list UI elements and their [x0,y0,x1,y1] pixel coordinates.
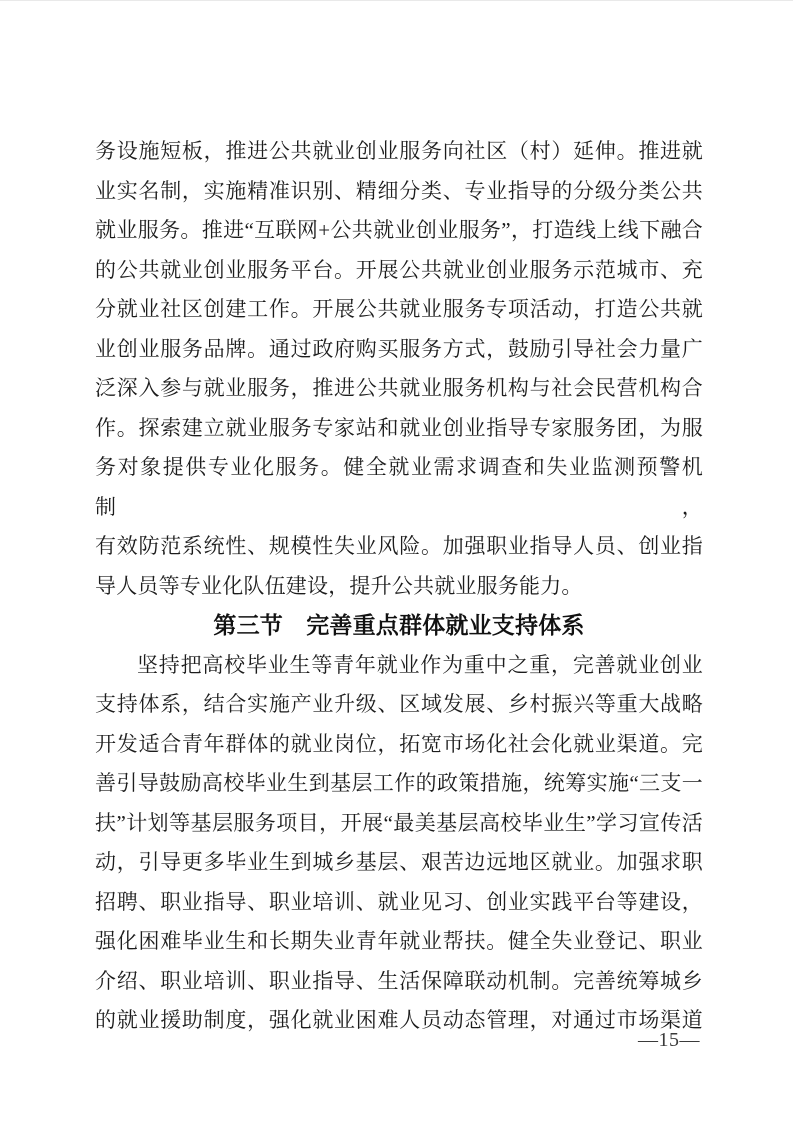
text-line: 支持体系，结合实施产业升级、区域发展、乡村振兴等重大战略 [95,685,703,725]
text-line: 就业服务。推进“互联网+公共就业创业服务”，打造线上线下融合 [95,211,703,251]
text-line: 的就业援助制度，强化就业困难人员动态管理，对通过市场渠道 [95,1001,703,1041]
text-line: 分就业社区创建工作。开展公共就业服务专项活动，打造公共就 [95,290,703,330]
text-line: 业实名制，实施精准识别、精细分类、专业指导的分级分类公共 [95,172,703,212]
text-line: 导人员等专业化队伍建设，提升公共就业服务能力。 [95,567,703,607]
text-line: 务对象提供专业化服务。健全就业需求调查和失业监测预警机制， [95,448,703,527]
section-heading: 第三节 完善重点群体就业支持体系 [95,606,703,646]
text-line: 善引导鼓励高校毕业生到基层工作的政策措施，统筹实施“三支一 [95,764,703,804]
page-content: 务设施短板，推进公共就业创业服务向社区（村）延伸。推进就 业实名制，实施精准识别… [95,132,703,1041]
page-number: —15— [638,1029,700,1051]
text-line: 作。探索建立就业服务专家站和就业创业指导专家服务团，为服 [95,409,703,449]
text-line: 务设施短板，推进公共就业创业服务向社区（村）延伸。推进就 [95,132,703,172]
text-line: 强化困难毕业生和长期失业青年就业帮扶。健全失业登记、职业 [95,922,703,962]
text-line: 业创业服务品牌。通过政府购买服务方式，鼓励引导社会力量广 [95,330,703,370]
text-line: 招聘、职业指导、职业培训、就业见习、创业实践平台等建设， [95,883,703,923]
text-line: 泛深入参与就业服务，推进公共就业服务机构与社会民营机构合 [95,369,703,409]
text-line: 开发适合青年群体的就业岗位，拓宽市场化社会化就业渠道。完 [95,725,703,765]
paragraph-key-groups-employment-support: 坚持把高校毕业生等青年就业作为重中之重，完善就业创业 支持体系，结合实施产业升级… [95,646,703,1041]
page-top-edge [0,0,793,1]
text-line: 介绍、职业培训、职业指导、生活保障联动机制。完善统筹城乡 [95,962,703,1002]
text-line: 有效防范系统性、规模性失业风险。加强职业指导人员、创业指 [95,527,703,567]
text-line: 的公共就业创业服务平台。开展公共就业创业服务示范城市、充 [95,251,703,291]
paragraph-public-employment-services: 务设施短板，推进公共就业创业服务向社区（村）延伸。推进就 业实名制，实施精准识别… [95,132,703,606]
text-line: 坚持把高校毕业生等青年就业作为重中之重，完善就业创业 [95,646,703,686]
text-line: 扶”计划等基层服务项目，开展“最美基层高校毕业生”学习宣传活 [95,804,703,844]
text-line: 动，引导更多毕业生到城乡基层、艰苦边远地区就业。加强求职 [95,843,703,883]
document-page: 务设施短板，推进公共就业创业服务向社区（村）延伸。推进就 业实名制，实施精准识别… [0,0,793,1122]
